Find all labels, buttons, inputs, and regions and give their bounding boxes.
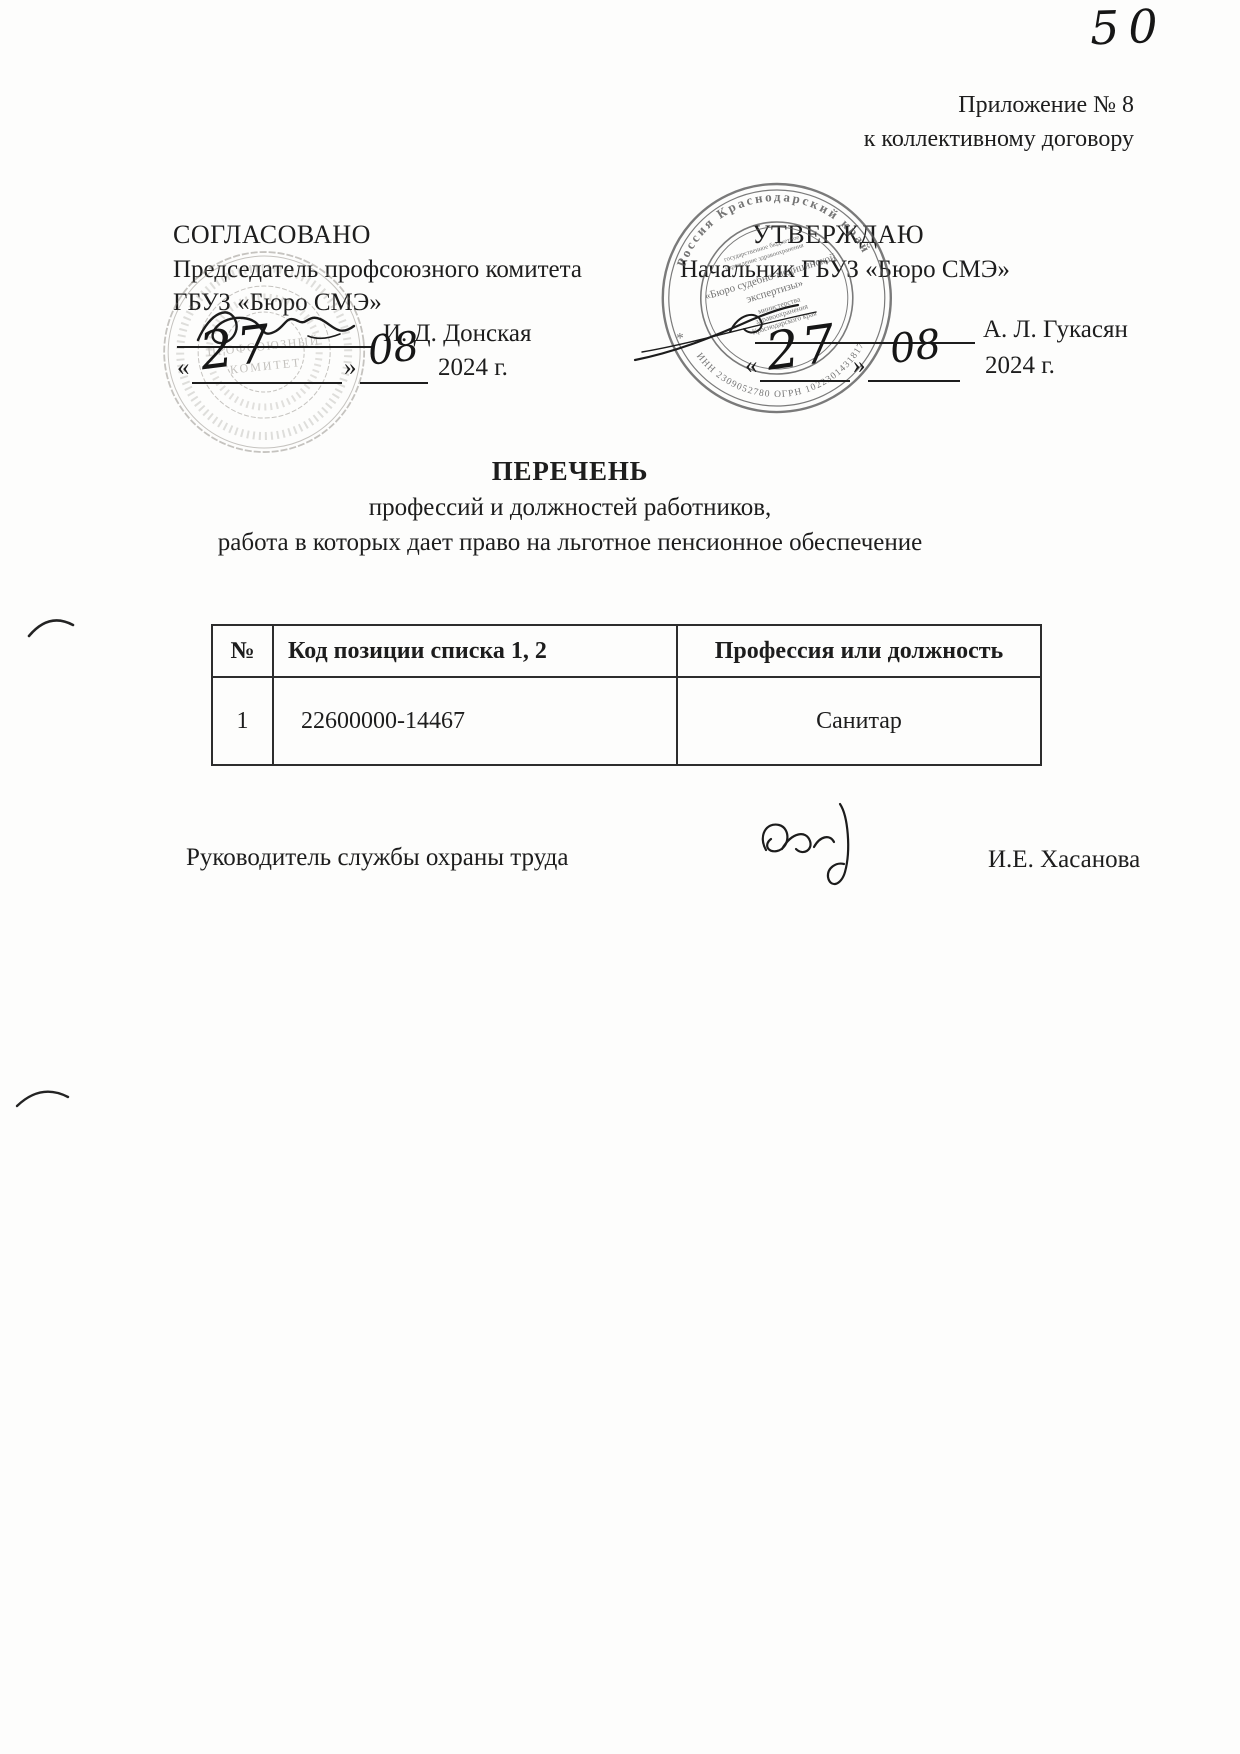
- approved-open-quote: «: [745, 350, 758, 381]
- agreed-open-quote: «: [177, 352, 190, 383]
- agreed-year: 2024 г.: [438, 352, 508, 383]
- agreed-close-quote: »: [344, 352, 357, 383]
- document-subtitle-line2: работа в которых дает право на льготное …: [170, 529, 970, 557]
- approved-close-quote: »: [853, 350, 866, 381]
- footer-signatory-name: И.Е. Хасанова: [988, 844, 1140, 875]
- appendix-line1: Приложение № 8: [864, 88, 1134, 122]
- document-title: ПЕРЕЧЕНЬ: [170, 456, 970, 487]
- approved-year: 2024 г.: [985, 350, 1055, 381]
- table-cell-row-code: 22600000-14467: [274, 678, 678, 764]
- appendix-line2: к коллективному договору: [864, 122, 1134, 156]
- table-cell-row-profession: Санитар: [678, 678, 1040, 764]
- table-header-code: Код позиции списка 1, 2: [274, 626, 678, 678]
- agreed-month-handwritten: 08: [366, 323, 421, 374]
- document-title-block: ПЕРЕЧЕНЬ профессий и должностей работник…: [170, 456, 970, 557]
- appendix-block: Приложение № 8 к коллективному договору: [864, 88, 1134, 156]
- document-subtitle-line1: профессий и должностей работников,: [170, 494, 970, 522]
- agreed-day-handwritten: 27: [197, 314, 278, 383]
- professions-table: № Код позиции списка 1, 2 Профессия или …: [211, 624, 1042, 766]
- margin-mark-icon: [25, 610, 77, 642]
- approved-day-handwritten: 27: [762, 313, 842, 382]
- footer-role: Руководитель службы охраны труда: [186, 842, 568, 873]
- margin-mark-icon: [14, 1080, 72, 1112]
- approved-signatory-name: А. Л. Гукасян: [983, 314, 1128, 345]
- approved-month-handwritten: 08: [887, 321, 943, 373]
- table-cell-row-no: 1: [213, 678, 274, 764]
- footer-signature: [752, 798, 877, 898]
- handwritten-page-number: 50: [1089, 0, 1167, 55]
- table-header-no: №: [213, 626, 274, 678]
- table-header-profession: Профессия или должность: [678, 626, 1040, 678]
- document-page: 50 Приложение № 8 к коллективному догово…: [0, 0, 1240, 1754]
